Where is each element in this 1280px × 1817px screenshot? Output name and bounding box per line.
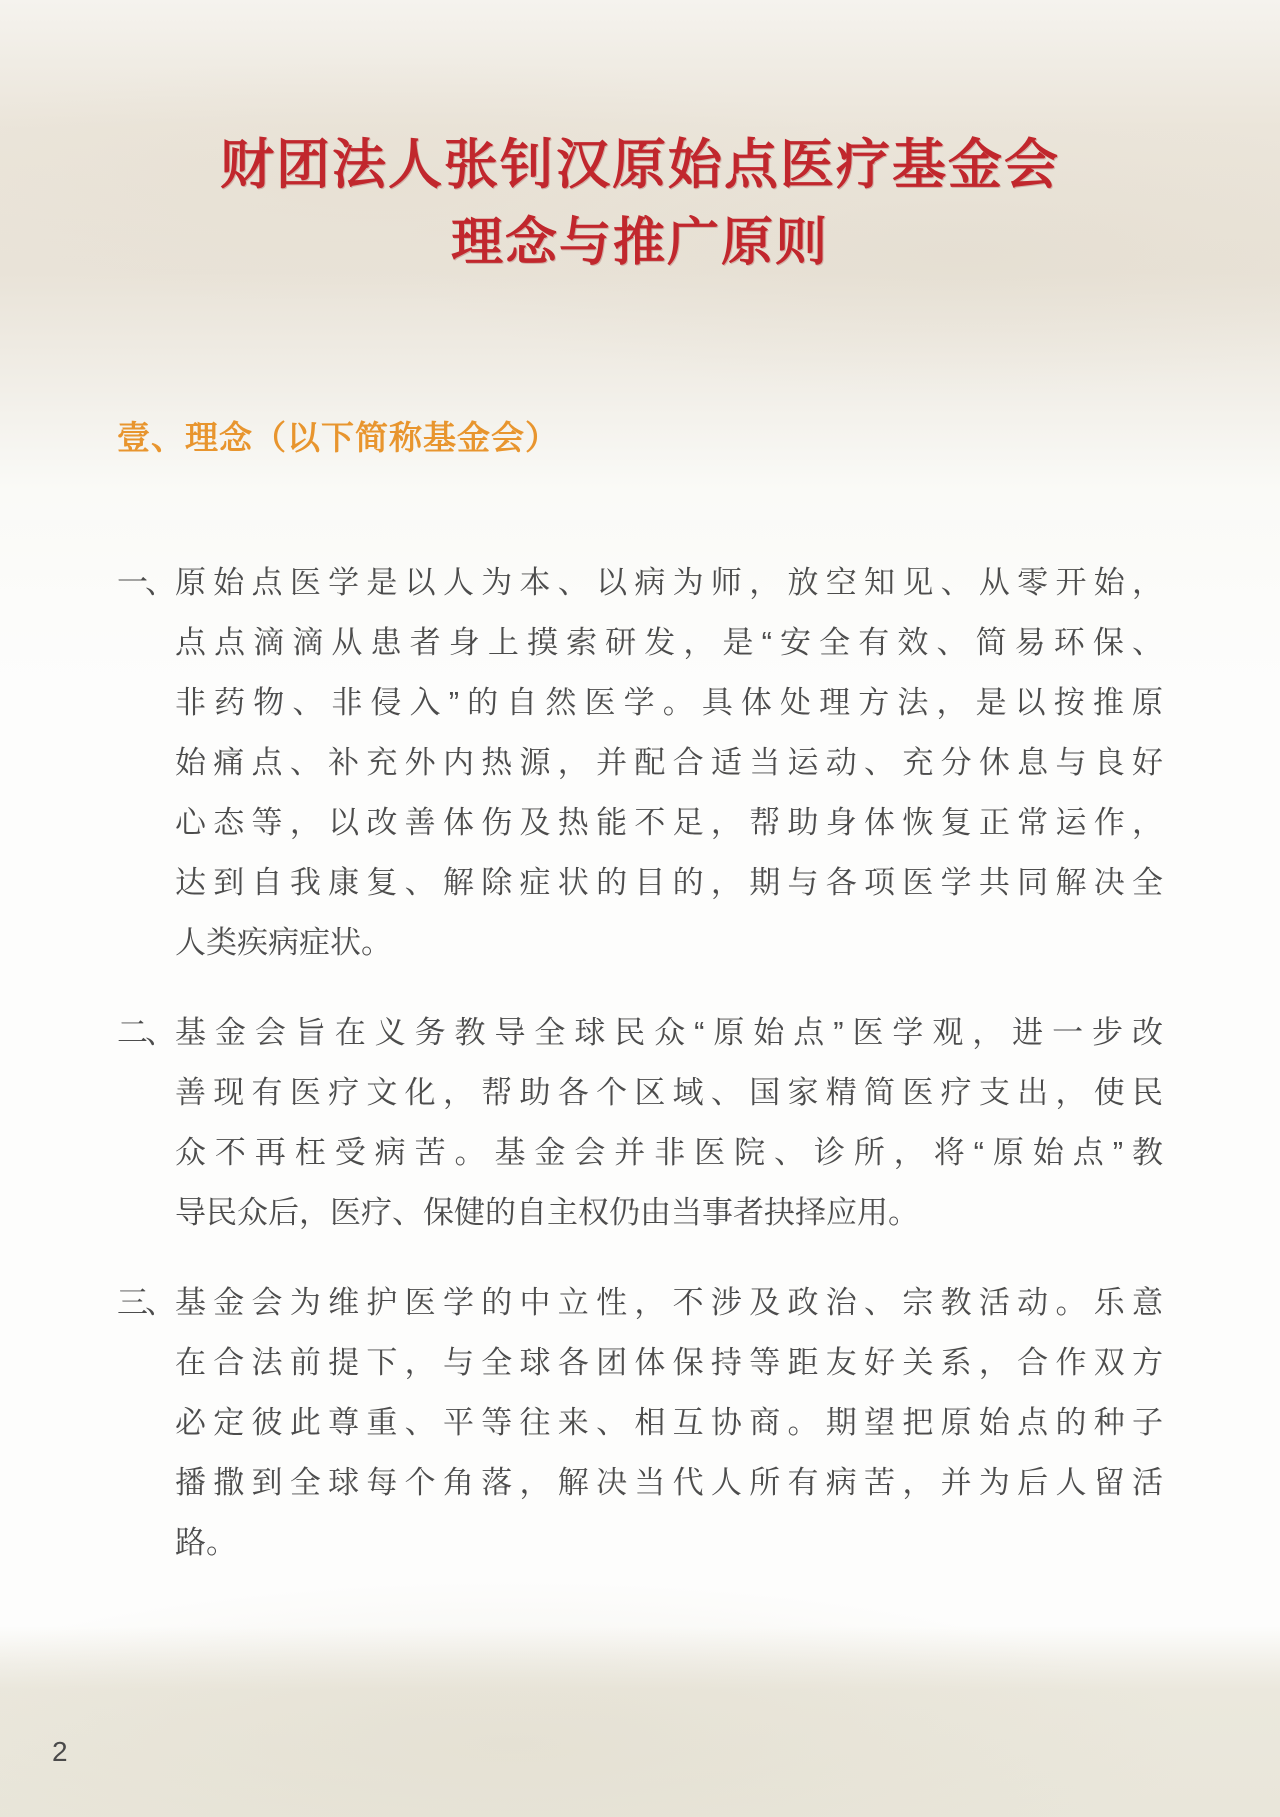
paragraph-3-marker: 三、: [117, 1273, 175, 1333]
paragraph-1-text: 原始点医学是以人为本、以病为师，放空知见、从零开始， 点点滴滴从患者身上摸索研发…: [175, 553, 1163, 973]
text-line: 原始点医学是以人为本、以病为师，放空知见、从零开始，: [175, 553, 1163, 613]
text-line: 众不再枉受病苦。基金会并非医院、诊所，将“原始点”教: [175, 1123, 1163, 1183]
text-line: 达到自我康复、解除症状的目的，期与各项医学共同解决全: [175, 853, 1163, 913]
paragraph-1-marker: 一、: [117, 553, 175, 613]
text-line: 点点滴滴从患者身上摸索研发，是“安全有效、简易环保、: [175, 613, 1163, 673]
paragraph-1: 一、 原始点医学是以人为本、以病为师，放空知见、从零开始， 点点滴滴从患者身上摸…: [117, 553, 1163, 973]
text-line: 在合法前提下，与全球各团体保持等距友好关系，合作双方: [175, 1333, 1163, 1393]
text-line: 基金会旨在义务教导全球民众“原始点”医学观，进一步改: [175, 1003, 1163, 1063]
paragraph-3-text: 基金会为维护医学的中立性，不涉及政治、宗教活动。乐意 在合法前提下，与全球各团体…: [175, 1273, 1163, 1573]
text-line: 善现有医疗文化，帮助各个区域、国家精简医疗支出，使民: [175, 1063, 1163, 1123]
text-line: 人类疾病症状。: [175, 913, 1163, 973]
page-number: 2: [52, 1736, 68, 1768]
document-body: 一、 原始点医学是以人为本、以病为师，放空知见、从零开始， 点点滴滴从患者身上摸…: [117, 553, 1163, 1573]
paragraph-3: 三、 基金会为维护医学的中立性，不涉及政治、宗教活动。乐意 在合法前提下，与全球…: [117, 1273, 1163, 1573]
text-line: 始痛点、补充外内热源，并配合适当运动、充分休息与良好: [175, 733, 1163, 793]
text-line: 导民众后，医疗、保健的自主权仍由当事者抉择应用。: [175, 1183, 1163, 1243]
text-line: 路。: [175, 1513, 1163, 1573]
paragraph-2-marker: 二、: [117, 1003, 175, 1063]
text-line: 必定彼此尊重、平等往来、相互协商。期望把原始点的种子: [175, 1393, 1163, 1453]
section-heading: 壹、理念（以下简称基金会）: [117, 412, 559, 459]
paragraph-2: 二、 基金会旨在义务教导全球民众“原始点”医学观，进一步改 善现有医疗文化，帮助…: [117, 1003, 1163, 1243]
title-line-1: 财团法人张钊汉原始点医疗基金会: [0, 126, 1280, 204]
title-line-2: 理念与推广原则: [0, 204, 1280, 282]
paragraph-2-text: 基金会旨在义务教导全球民众“原始点”医学观，进一步改 善现有医疗文化，帮助各个区…: [175, 1003, 1163, 1243]
text-line: 播撒到全球每个角落，解决当代人所有病苦，并为后人留活: [175, 1453, 1163, 1513]
document-title: 财团法人张钊汉原始点医疗基金会 理念与推广原则: [0, 126, 1280, 282]
text-line: 非药物、非侵入”的自然医学。具体处理方法，是以按推原: [175, 673, 1163, 733]
text-line: 基金会为维护医学的中立性，不涉及政治、宗教活动。乐意: [175, 1273, 1163, 1333]
text-line: 心态等，以改善体伤及热能不足，帮助身体恢复正常运作，: [175, 793, 1163, 853]
